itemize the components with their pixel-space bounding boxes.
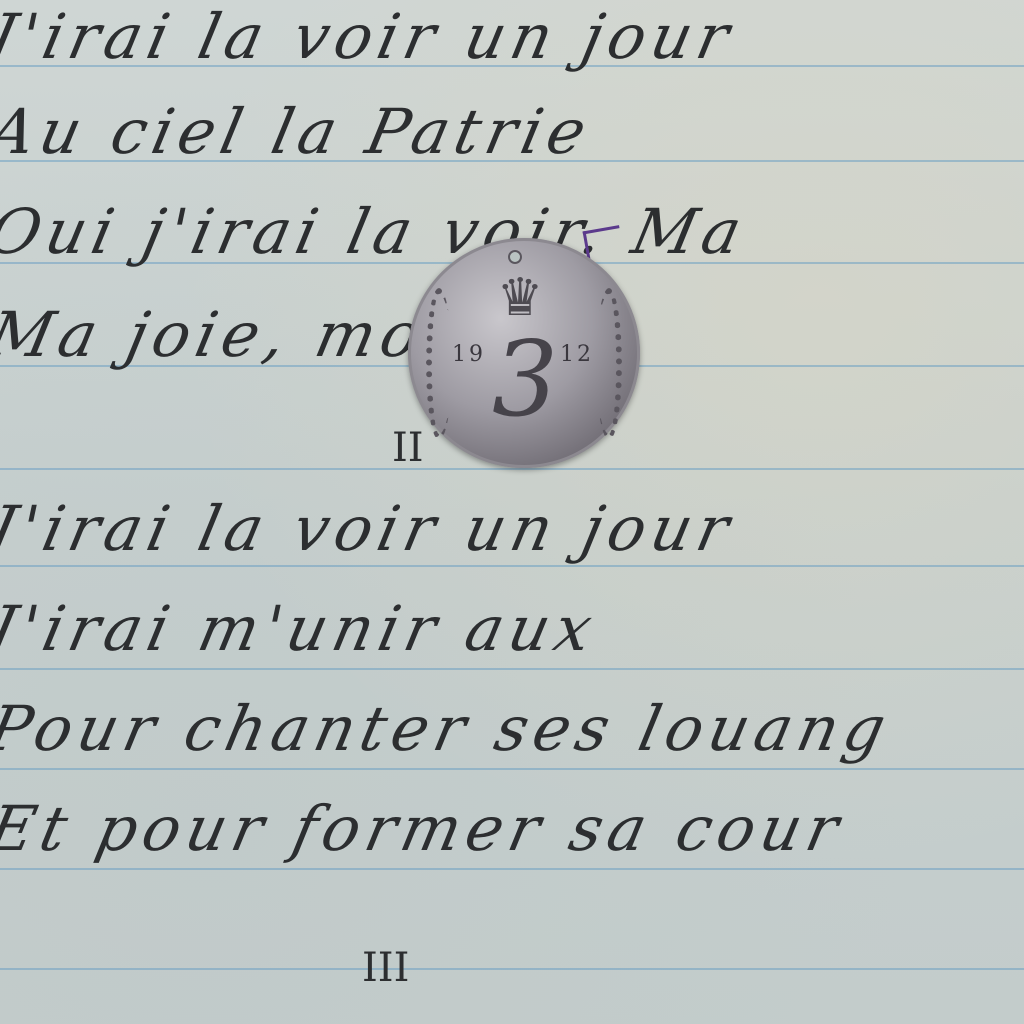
coin-hole [508,250,522,264]
ruled-line [0,668,1024,670]
ruled-line [0,565,1024,567]
ruled-line [0,868,1024,870]
wreath-left-icon [426,288,452,440]
handwriting-line: Pour chanter ses louang [0,692,898,765]
coin-year-left: 19 [452,342,486,367]
ruled-line [0,968,1024,970]
ruled-line [0,768,1024,770]
handwriting-line: J'irai la voir un jour [0,492,741,565]
handwriting-line: Et pour former sa cour [0,792,851,865]
wreath-right-icon [596,288,622,440]
section-mark: II [392,425,424,471]
section-mark: III [362,945,409,991]
coin-denomination: 3 [492,318,558,440]
handwriting-line: Au ciel la Patrie [0,95,598,168]
ruled-line [0,468,1024,470]
coin-year-right: 12 [560,342,594,367]
handwriting-line: Oui j'irai la voir. Ma [0,195,754,268]
handwriting-line: J'irai m'unir aux [0,592,604,665]
threepence-coin: ♛ 19 3 12 [408,238,640,468]
photo: J'irai la voir un jour Au ciel la Patrie… [0,0,1024,1024]
handwriting-line: J'irai la voir un jour [0,0,741,73]
